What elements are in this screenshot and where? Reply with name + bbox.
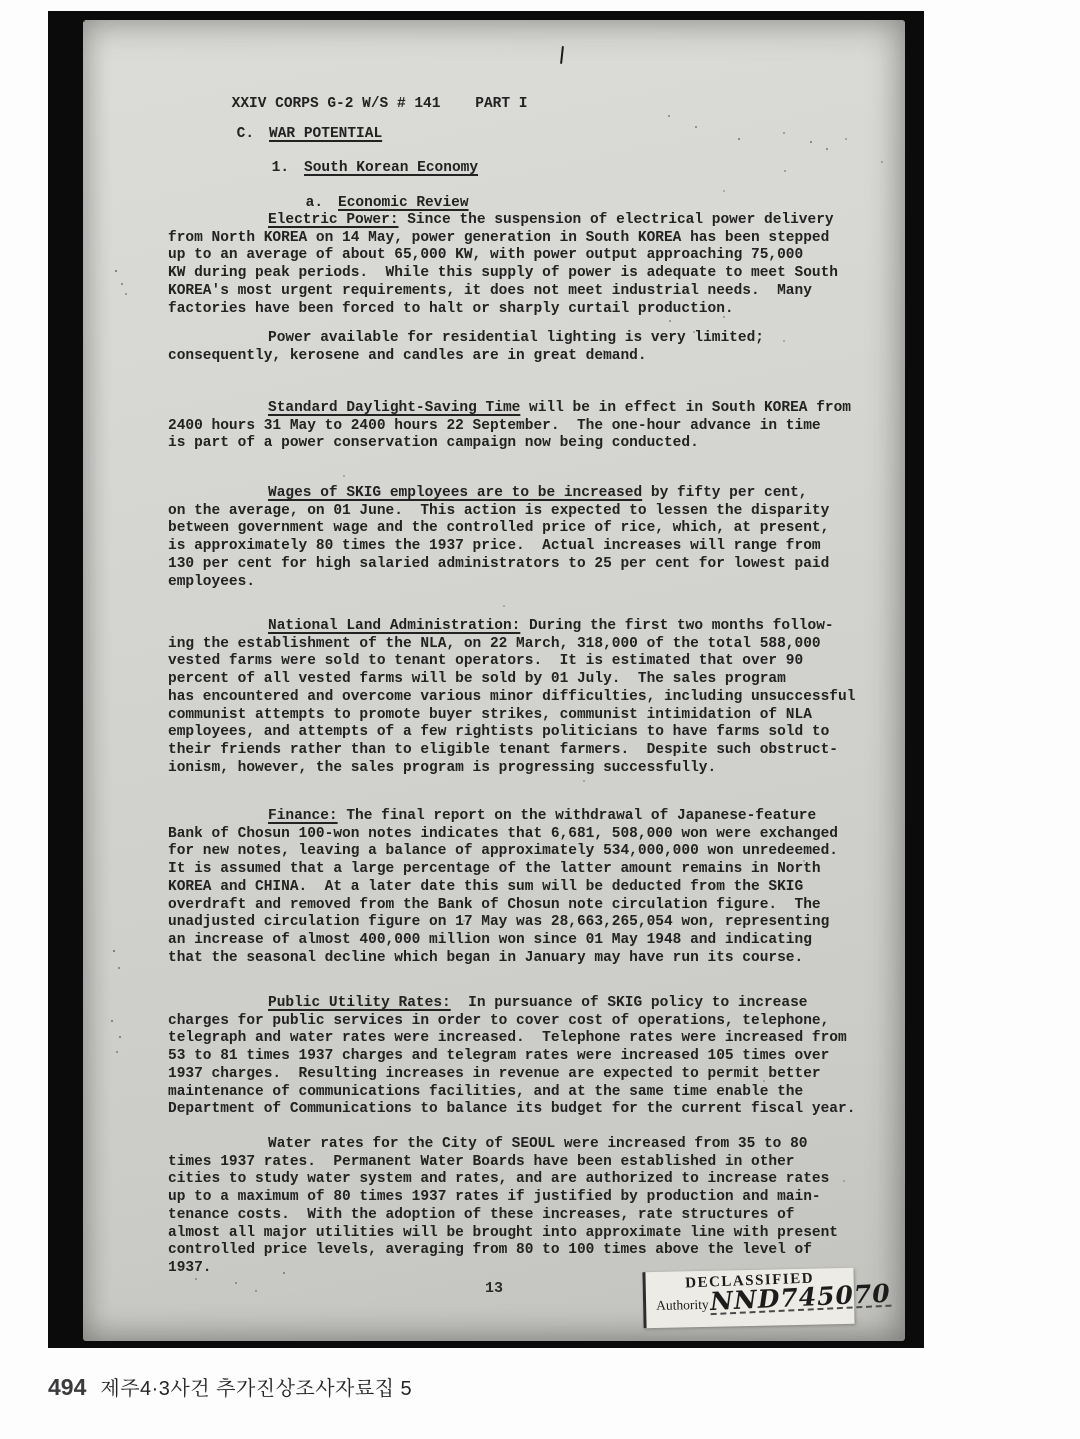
paragraph-lead: Electric Power: (268, 212, 399, 228)
document-line: Bank of Chosun 100-won notes indicates t… (168, 826, 838, 844)
document-line: unadjusted circulation figure on 17 May … (168, 914, 838, 932)
document-line: Standard Daylight-Saving Time will be in… (168, 400, 851, 418)
document-line: controlled price levels, averaging from … (168, 1242, 838, 1260)
section-title: WAR POTENTIAL (269, 126, 382, 142)
book-title-caption: 제주4·3사건 추가진상조사자료집 5 (100, 1372, 412, 1401)
document-page: XXIV CORPS G-2 W/S # 141 PART I C.WAR PO… (83, 20, 905, 1341)
document-line: Wages of SKIG employees are to be increa… (168, 485, 829, 503)
document-line: is approximately 80 times the 1937 price… (168, 538, 829, 556)
document-line: an increase of almost 400,000 million wo… (168, 932, 838, 950)
paragraph-text: The final report on the withdrawal of Ja… (338, 808, 817, 824)
paragraph-residential-lighting: Power available for residential lighting… (168, 330, 764, 365)
document-line: almost all major utilities will be broug… (168, 1225, 838, 1243)
document-line: percent of all vested farms will be sold… (168, 671, 855, 689)
paragraph-daylight-saving-time: Standard Daylight-Saving Time will be in… (168, 400, 851, 453)
paragraph-skig-wages: Wages of SKIG employees are to be increa… (168, 485, 829, 591)
document-line: charges for public services in order to … (168, 1013, 855, 1031)
document-line: employees, and attempts of a few rightis… (168, 724, 855, 742)
document-line: Water rates for the City of SEOUL were i… (168, 1136, 838, 1154)
document-line: It is assumed that a large percentage of… (168, 861, 838, 879)
document-line: up to an average of about 65,000 KW, wit… (168, 247, 838, 265)
paper-specks (83, 20, 85, 22)
document-line: KOREA and CHINA. At a later date this su… (168, 879, 838, 897)
stamp-authority-label: Authority (656, 1297, 709, 1314)
book-footer: 494 제주4·3사건 추가진상조사자료집 5 (48, 1372, 412, 1401)
paragraph-lead: National Land Administration: (268, 618, 520, 634)
paragraph-lead: Standard Daylight-Saving Time (268, 400, 520, 416)
paragraph-text: During the first two months follow- (520, 618, 833, 634)
document-line: ionism, however, the sales program is pr… (168, 760, 855, 778)
document-line: Power available for residential lighting… (168, 330, 764, 348)
document-line: Department of Communications to balance … (168, 1101, 855, 1119)
document-line: Electric Power: Since the suspension of … (168, 212, 838, 230)
paragraph-text: Water rates for the City of SEOUL were i… (268, 1136, 808, 1152)
document-line: vested farms were sold to tenant operato… (168, 653, 855, 671)
paragraph-electric-power: Electric Power: Since the suspension of … (168, 212, 838, 318)
document-line: 1937 charges. Resulting increases in rev… (168, 1066, 855, 1084)
document-line: employees. (168, 574, 829, 592)
subsection-label: 1. (272, 160, 289, 176)
declassified-stamp: DECLASSIFIED Authority NND745070 (642, 1268, 854, 1328)
document-line: consequently, kerosene and candles are i… (168, 348, 764, 366)
paragraph-text: by fifty per cent, (642, 485, 807, 501)
document-line: KOREA's most urgent requirements, it doe… (168, 283, 838, 301)
subsection-title: Economic Review (338, 195, 469, 211)
subsection-label: a. (306, 195, 323, 211)
document-line: between government wage and the controll… (168, 520, 829, 538)
document-line: on the average, on 01 June. This action … (168, 503, 829, 521)
subsection-title: South Korean Economy (304, 160, 478, 176)
paragraph-text: will be in effect in South KOREA from (520, 400, 851, 416)
page-number: 13 (485, 1280, 503, 1297)
paragraph-lead: Finance: (268, 808, 338, 824)
document-line: Public Utility Rates: In pursuance of SK… (168, 995, 855, 1013)
document-line: 130 per cent for high salaried administr… (168, 556, 829, 574)
book-page-number: 494 (48, 1374, 86, 1401)
document-line: National Land Administration: During the… (168, 618, 855, 636)
document-line: factories have been forced to halt or sh… (168, 301, 838, 319)
paragraph-text: Since the suspension of electrical power… (399, 212, 834, 228)
document-line: their friends rather than to eligible te… (168, 742, 855, 760)
document-line: tenance costs. With the adoption of thes… (168, 1207, 838, 1225)
document-line: for new notes, leaving a balance of appr… (168, 843, 838, 861)
typewritten-text: XXIV CORPS G-2 W/S # 141 PART I C.WAR PO… (168, 20, 888, 1341)
paragraph-lead: Wages of SKIG employees are to be increa… (268, 485, 642, 501)
paragraph-text: Power available for residential lighting… (268, 330, 764, 346)
document-line: ing the establishment of the NLA, on 22 … (168, 636, 855, 654)
document-line: 53 to 81 times 1937 charges and telegram… (168, 1048, 855, 1066)
document-line: from North KOREA on 14 May, power genera… (168, 230, 838, 248)
document-line: KW during peak periods. While this suppl… (168, 265, 838, 283)
paragraph-text: In pursuance of SKIG policy to increase (451, 995, 808, 1011)
document-line: overdraft and removed from the Bank of C… (168, 897, 838, 915)
document-line: maintenance of communications facilities… (168, 1084, 855, 1102)
document-line: up to a maximum of 80 times 1937 rates i… (168, 1189, 838, 1207)
document-line: communist attempts to promote buyer stri… (168, 707, 855, 725)
paragraph-finance: Finance: The final report on the withdra… (168, 808, 838, 967)
document-line: that the seasonal decline which began in… (168, 950, 838, 968)
paragraph-public-utility-rates: Public Utility Rates: In pursuance of SK… (168, 995, 855, 1119)
paragraph-water-rates: Water rates for the City of SEOUL were i… (168, 1136, 838, 1278)
document-line: is part of a power conservation campaign… (168, 435, 851, 453)
paragraph-national-land-administration: National Land Administration: During the… (168, 618, 855, 777)
document-line: Finance: The final report on the withdra… (168, 808, 838, 826)
paragraph-lead: Public Utility Rates: (268, 995, 451, 1011)
document-line: telegraph and water rates were increased… (168, 1030, 855, 1048)
document-line: times 1937 rates. Permanent Water Boards… (168, 1154, 838, 1172)
document-line: has encountered and overcome various min… (168, 689, 855, 707)
document-photo: XXIV CORPS G-2 W/S # 141 PART I C.WAR PO… (48, 11, 924, 1348)
section-label: C. (237, 126, 254, 142)
document-line: 2400 hours 31 May to 2400 hours 22 Septe… (168, 418, 851, 436)
document-line: cities to study water system and rates, … (168, 1171, 838, 1189)
